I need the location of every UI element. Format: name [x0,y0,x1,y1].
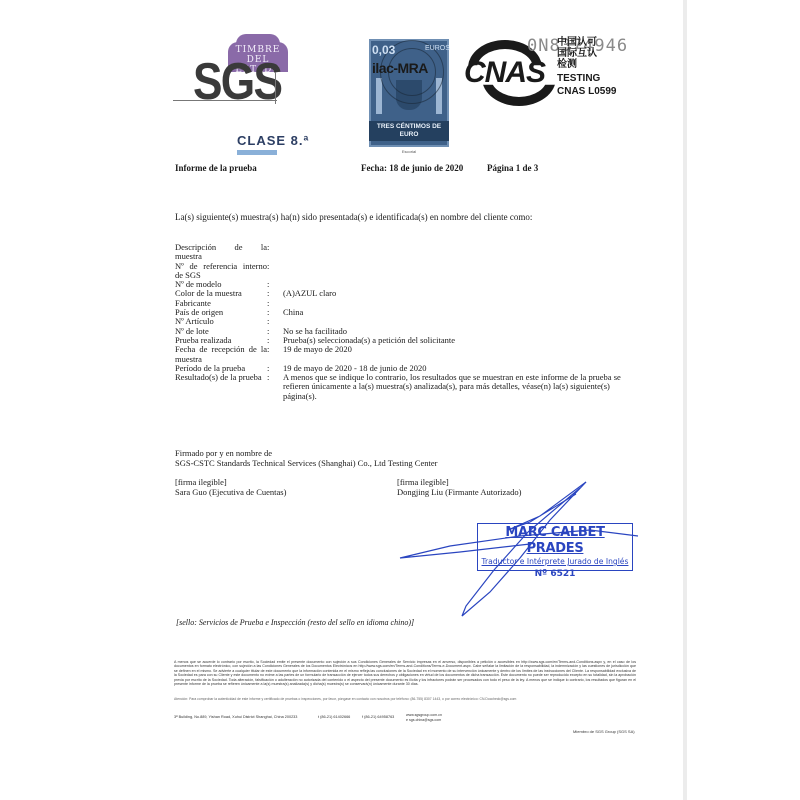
field-row: Resultado(s) de la prueba:A menos que se… [175,373,635,401]
cnas-testing-label: TESTING [557,72,616,85]
cnas-chinese-text: 中国认可 国际互认 检测 [557,37,597,70]
signed-by-block: Firmado por y en nombre de SGS-CSTC Stan… [175,448,437,468]
field-row: Nº Artículo: [175,317,635,326]
report-date: Fecha: 18 de junio de 2020 [361,163,463,173]
field-label: Fecha de recepción de lamuestra [175,345,267,364]
field-row: País de origen:China [175,308,635,317]
signed-by-company: SGS-CSTC Standards Technical Services (S… [175,458,437,468]
field-colon: : [267,262,283,281]
field-row: Fecha de recepción de lamuestra:19 de ma… [175,345,635,364]
footer-website-link[interactable]: www.sgsgroup.com.cn [406,713,442,718]
field-row: Color de la muestra:(A)AZUL claro [175,289,635,298]
field-label: Descripción de lamuestra [175,243,267,262]
footer-fax: f (86-21) 64958763 [362,715,394,719]
authenticity-note: Atención: Para comprobar la autenticidad… [174,697,636,701]
stamp-currency: EUROS [425,45,450,52]
signature-note: [firma ilegible] [175,477,286,487]
footer-address: 3ª Building, No.889, Yishan Road, Xuhui … [174,715,297,719]
field-value [283,262,635,281]
page-number: Página 1 de 3 [487,163,538,173]
signatory-name: Sara Guo (Ejecutiva de Cuentas) [175,487,286,497]
field-colon: : [267,327,283,336]
field-colon: : [267,336,283,345]
field-value: (A)AZUL claro [283,289,635,298]
footer-member-note: Miembro de SGS Group (SGS SA) [573,729,635,734]
stamp-mark: Escorial [369,149,449,154]
logo-rule-vertical [275,72,276,104]
terms-fine-print: A menos que se acuerde lo contrario por … [174,660,636,686]
field-value [283,243,635,262]
field-colon: : [267,317,283,326]
footer-web: www.sgsgroup.com.cn e sgs.china@sgs.com [406,713,442,722]
field-value: 19 de mayo de 2020 [283,345,635,364]
seal-note: [sello: Servicios de Prueba e Inspección… [176,618,414,627]
cnas-code: CNAS L0599 [557,85,616,98]
clase-serial-bar [237,150,277,155]
field-colon: : [267,243,283,262]
page-edge [683,0,687,800]
field-colon: : [267,308,283,317]
field-value: China [283,308,635,317]
field-value: A menos que se indique lo contrario, los… [283,373,635,401]
clase-label: CLASE 8.ª [237,133,309,148]
field-row: Nº de referencia internode SGS: [175,262,635,281]
field-label: Nº de referencia internode SGS [175,262,267,281]
footer-telephone: t (86-21) 61402666 [318,715,350,719]
cnas-testing-block: TESTING CNAS L0599 [557,72,616,98]
field-row: Fabricante: [175,299,635,308]
footer-email-link[interactable]: e sgs.china@sgs.com [406,718,442,723]
field-colon: : [267,280,283,289]
handwritten-signature-icon [390,480,640,620]
intro-text: La(s) siguiente(s) muestra(s) ha(n) sido… [175,212,532,222]
field-colon: : [267,299,283,308]
sample-details-table: Descripción de lamuestra:Nº de referenci… [175,243,635,401]
stamp-value: 0,03 [372,43,395,57]
signatory-left: [firma ilegible] Sara Guo (Ejecutiva de … [175,477,286,497]
field-value [283,299,635,308]
field-row: Nº de modelo: [175,280,635,289]
sgs-logo: SGS [193,52,281,112]
stamp-pillar-left [376,78,382,114]
field-label: Resultado(s) de la prueba [175,373,267,401]
logo-rule-horizontal [173,100,277,101]
cnas-logo: CNAS [464,56,545,90]
field-colon: : [267,345,283,364]
field-colon: : [267,364,283,373]
signed-by-line: Firmado por y en nombre de [175,448,437,458]
report-title: Informe de la prueba [175,163,257,173]
ilac-mra-mark: ilac-MRA [372,60,428,76]
field-row: Descripción de lamuestra: [175,243,635,262]
field-colon: : [267,289,283,298]
field-colon: : [267,373,283,401]
stamp-caption: TRES CÉNTIMOS DE EURO [369,123,449,139]
